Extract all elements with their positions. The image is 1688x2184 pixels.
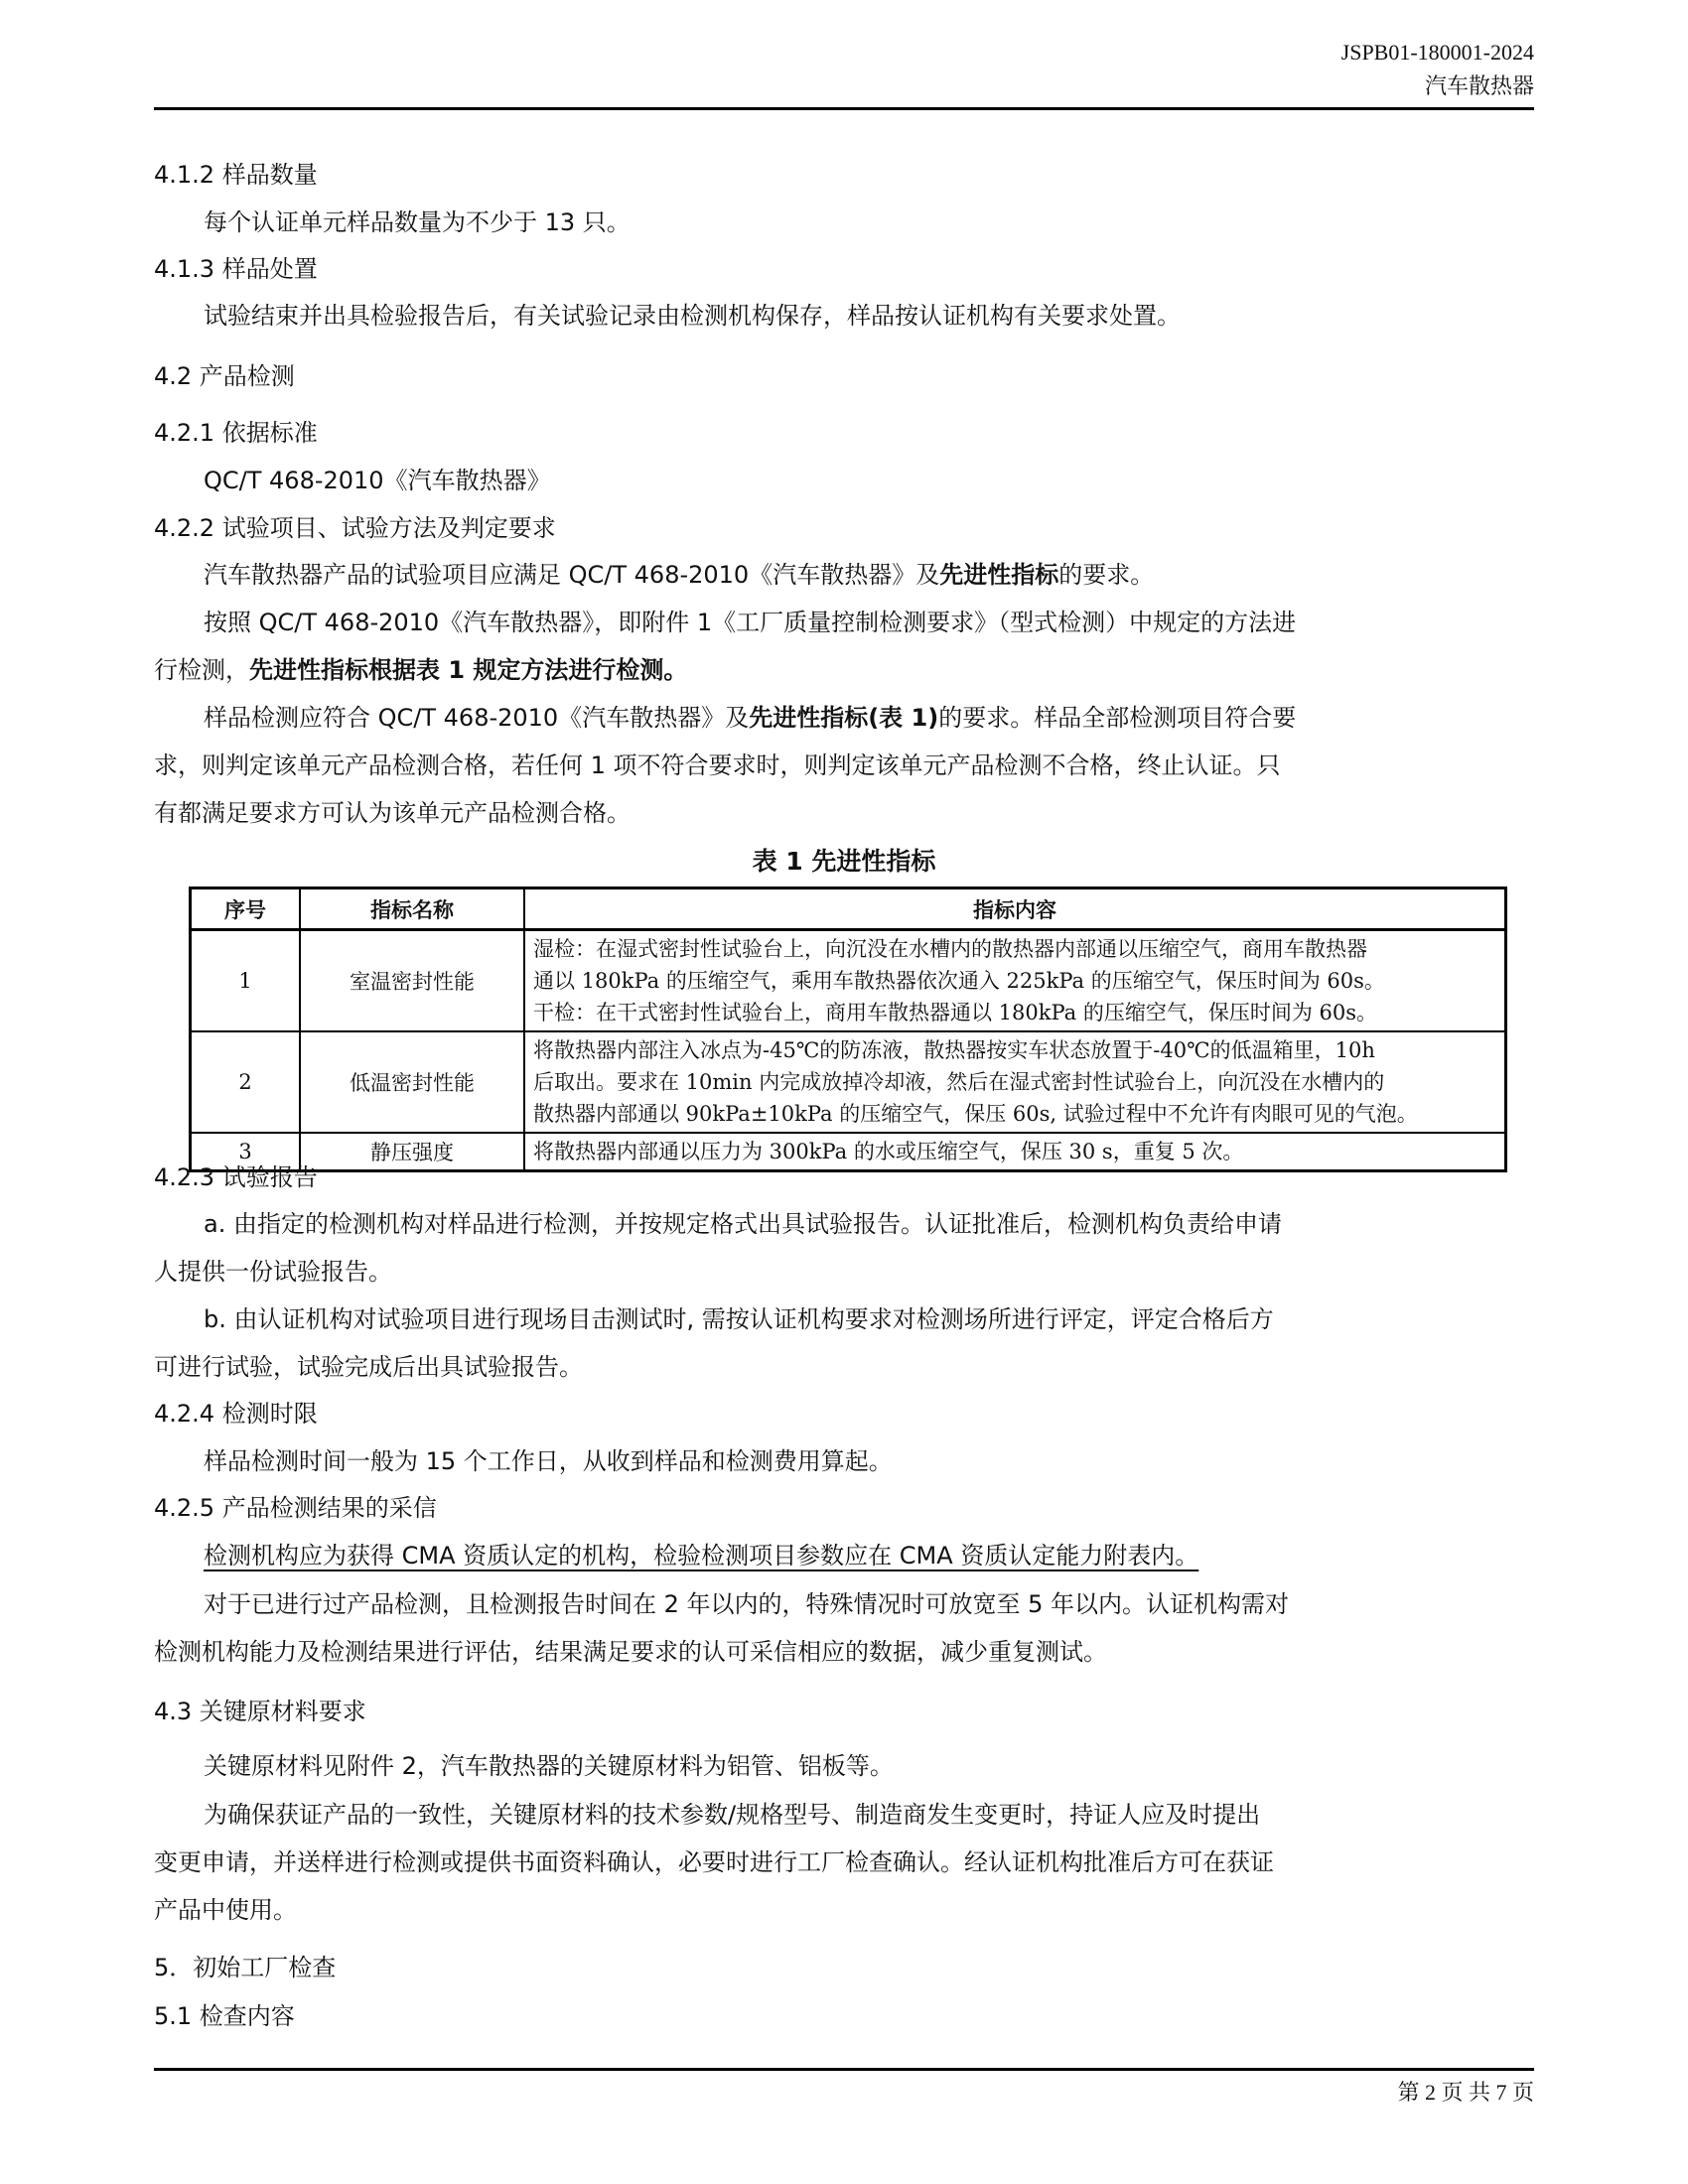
content-line: 干检：在干式密封性试验台上，商用车散热器通以 180kPa 的压缩空气，保压时间… [533,997,1496,1028]
para-judgement-line2: 求，则判定该单元产品检测合格，若任何 1 项不符合要求时，则判定该单元产品检测不… [154,750,1534,781]
para-test-items: 汽车散热器产品的试验项目应满足 QC/T 468-2010《汽车散热器》及先进性… [154,559,1534,591]
heading-4-2-5: 4.2.5 产品检测结果的采信 [154,1492,1534,1524]
para-sample-quantity: 每个认证单元样品数量为不少于 13 只。 [154,206,1534,238]
heading-4-2-1: 4.2.1 依据标准 [154,417,1534,449]
text-segment: 汽车散热器产品的试验项目应满足 QC/T 468-2010《汽车散热器》及 [204,561,939,589]
para-sample-disposal: 试验结束并出具检验报告后，有关试验记录由检测机构保存，样品按认证机构有关要求处置… [154,300,1534,332]
cell-no: 2 [191,1031,301,1133]
heading-4-3: 4.3 关键原材料要求 [154,1696,1534,1727]
footer-rule [154,2068,1534,2071]
para-time-limit: 样品检测时间一般为 15 个工作日，从收到样品和检测费用算起。 [154,1445,1534,1477]
text-segment: 行检测， [154,656,249,684]
doc-title: 汽车散热器 [1425,69,1534,100]
para-report-a-line1: a. 由指定的检测机构对样品进行检测，并按规定格式出具试验报告。认证批准后，检测… [154,1208,1534,1240]
para-acceptance-line1: 对于已进行过产品检测，且检测报告时间在 2 年以内的，特殊情况时可放宽至 5 年… [154,1588,1534,1620]
para-report-b-line2: 可进行试验，试验完成后出具试验报告。 [154,1351,1534,1383]
underlined-text: 检测机构应为获得 CMA 资质认定的机构，检验检测项目参数应在 CMA 资质认定… [204,1542,1198,1570]
para-change-line2: 变更申请，并送样进行检测或提供书面资料确认，必要时进行工厂检查确认。经认证机构批… [154,1846,1534,1878]
heading-4-2: 4.2 产品检测 [154,360,1534,392]
advanced-indicators-table: 序号 指标名称 指标内容 1 室温密封性能 湿检：在湿式密封性试验台上，向沉没在… [189,887,1507,1172]
para-judgement-line3: 有都满足要求方可认为该单元产品检测合格。 [154,797,1534,829]
para-judgement-line1: 样品检测应符合 QC/T 468-2010《汽车散热器》及先进性指标(表 1)的… [154,702,1534,734]
column-header-no: 序号 [191,888,301,930]
doc-code: JSPB01-180001-2024 [1341,40,1534,66]
para-methods-line1: 按照 QC/T 468-2010《汽车散热器》，即附件 1《工厂质量控制检测要求… [154,607,1534,638]
heading-4-2-4: 4.2.4 检测时限 [154,1398,1534,1430]
content-line: 后取出。要求在 10min 内完成放掉冷却液，然后在湿式密封性试验台上，向沉没在… [533,1066,1496,1098]
para-key-materials: 关键原材料见附件 2，汽车散热器的关键原材料为铝管、铝板等。 [154,1750,1534,1782]
header-rule [154,107,1534,110]
content-line: 湿检：在湿式密封性试验台上，向沉没在水槽内的散热器内部通以压缩空气，商用车散热器 [533,933,1496,965]
para-report-a-line2: 人提供一份试验报告。 [154,1256,1534,1288]
para-change-line3: 产品中使用。 [154,1894,1534,1926]
para-change-line1: 为确保获证产品的一致性，关键原材料的技术参数/规格型号、制造商发生变更时，持证人… [154,1799,1534,1831]
table-row: 1 室温密封性能 湿检：在湿式密封性试验台上，向沉没在水槽内的散热器内部通以压缩… [191,930,1506,1032]
para-cma-requirement: 检测机构应为获得 CMA 资质认定的机构，检验检测项目参数应在 CMA 资质认定… [154,1540,1534,1571]
para-standard: QC/T 468-2010《汽车散热器》 [154,465,1534,496]
heading-5-1: 5.1 检查内容 [154,2000,1534,2032]
bold-text: 先进性指标(表 1) [749,704,938,732]
heading-5: 5．初始工厂检查 [154,1952,1534,1983]
content-line: 通以 180kPa 的压缩空气，乘用车散热器依次通入 225kPa 的压缩空气，… [533,965,1496,997]
bold-text: 先进性指标 [939,561,1058,589]
content-line: 将散热器内部注入冰点为-45℃的防冻液，散热器按实车状态放置于-40℃的低温箱里… [533,1034,1496,1066]
cell-content: 湿检：在湿式密封性试验台上，向沉没在水槽内的散热器内部通以压缩空气，商用车散热器… [524,930,1506,1032]
text-segment: 的要求。样品全部检测项目符合要 [938,704,1296,732]
para-report-b-line1: b. 由认证机构对试验项目进行现场目击测试时, 需按认证机构要求对检测场所进行评… [154,1303,1534,1335]
cell-name: 室温密封性能 [300,930,524,1032]
cell-content: 将散热器内部注入冰点为-45℃的防冻液，散热器按实车状态放置于-40℃的低温箱里… [524,1031,1506,1133]
table-caption: 表 1 先进性指标 [154,842,1534,878]
heading-4-1-3: 4.1.3 样品处置 [154,253,1534,285]
bold-text: 先进性指标根据表 1 规定方法进行检测。 [249,656,687,684]
para-acceptance-line2: 检测机构能力及检测结果进行评估，结果满足要求的认可采信相应的数据，减少重复测试。 [154,1636,1534,1668]
page-number: 第 2 页 共 7 页 [1397,2076,1534,2107]
column-header-content: 指标内容 [524,888,1506,930]
table-row: 2 低温密封性能 将散热器内部注入冰点为-45℃的防冻液，散热器按实车状态放置于… [191,1031,1506,1133]
text-segment: 样品检测应符合 QC/T 468-2010《汽车散热器》及 [204,704,749,732]
heading-4-1-2: 4.1.2 样品数量 [154,159,1534,191]
heading-4-2-3: 4.2.3 试验报告 [154,1161,1534,1193]
column-header-name: 指标名称 [300,888,524,930]
document-page: JSPB01-180001-2024 汽车散热器 4.1.2 样品数量 每个认证… [0,0,1688,2184]
para-methods-line2: 行检测，先进性指标根据表 1 规定方法进行检测。 [154,654,1534,686]
cell-no: 1 [191,930,301,1032]
content-line: 散热器内部通以 90kPa±10kPa 的压缩空气，保压 60s, 试验过程中不… [533,1098,1496,1130]
heading-4-2-2: 4.2.2 试验项目、试验方法及判定要求 [154,512,1534,544]
cell-name: 低温密封性能 [300,1031,524,1133]
text-segment: 的要求。 [1058,561,1154,589]
table-header-row: 序号 指标名称 指标内容 [191,888,1506,930]
